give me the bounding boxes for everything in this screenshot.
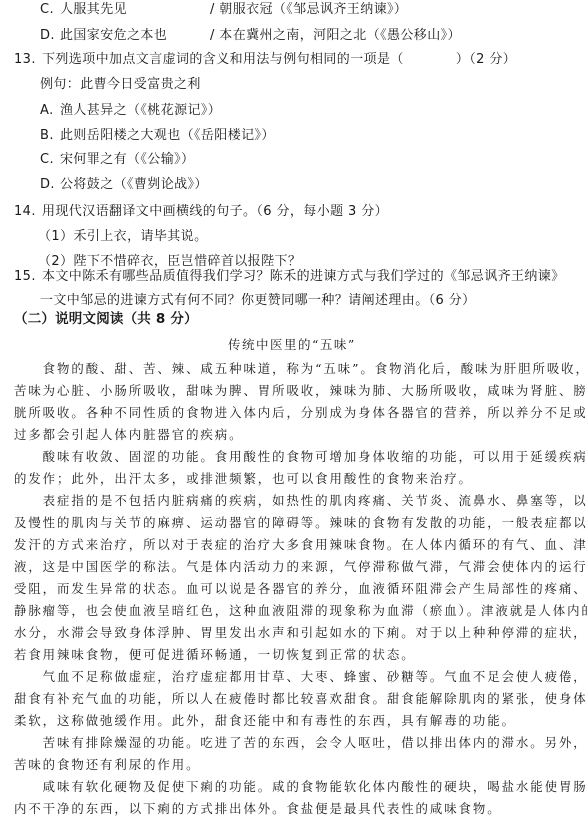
q13-option-c: C.宋何罪之有（《公输》） bbox=[40, 151, 194, 169]
q15-line-1: 15.本文中陈禾有哪些品质值得我们学习？陈禾的进谏方式与我们学过的《邹忌讽齐王纳… bbox=[14, 268, 565, 286]
article-line: 若食用辣味食物，便可促进循环畅通，一切恢复到正常的状态。 bbox=[14, 646, 416, 664]
q12-option-d: D.此国家安危之本也/ 本在冀州之南，河阳之北（《愚公移山》） bbox=[40, 27, 461, 45]
question-number: 15. bbox=[14, 268, 42, 286]
option-label: B. bbox=[40, 127, 60, 145]
option-text: 渔人甚异之（《桃花源记》） bbox=[60, 103, 221, 118]
article-line: 酸味有收敛、固涩的功能。食用酸性的食物可增加身体收缩的功能，可以用于延缓疾病 bbox=[14, 448, 587, 466]
question-stem: 本文中陈禾有哪些品质值得我们学习？陈禾的进谏方式与我们学过的《邹忌讽齐王纳谏》 bbox=[42, 269, 565, 284]
article-line: 甜食有补充气血的功能，所以人在疲倦时都比较喜欢甜食。甜食能解除肌肉的紧张，使身体 bbox=[14, 690, 587, 708]
option-text: 宋何罪之有（《公输》） bbox=[60, 152, 194, 167]
article-line: 苦味为心脏、小肠所吸收，甜味为脾、胃所吸收，辣味为肺、大肠所吸收，咸味为肾脏、膀 bbox=[14, 382, 587, 400]
option-label: D. bbox=[40, 176, 60, 194]
q12-option-c: C.人服其先见/ 朝服衣冠（《邹忌讽齐王纳谏》） bbox=[40, 1, 407, 19]
q13-option-d: D.公将鼓之（《曹刿论战》） bbox=[40, 176, 208, 194]
article-line: 过多都会引起人体内脏器官的疾病。 bbox=[14, 426, 243, 444]
article-line: 苦味的食物还有利尿的作用。 bbox=[14, 756, 200, 774]
q13-example: 例句：此曹今日受富贵之利 bbox=[40, 76, 201, 94]
question-stem: 用现代汉语翻译文中画横线的句子。（6 分，每小题 3 分） bbox=[42, 204, 388, 219]
question-stem: 下列选项中加点文言虚词的含义和用法与例句相同的一项是（ bbox=[42, 52, 404, 67]
question-score: ）（2 分） bbox=[456, 52, 516, 67]
q13-option-a: A.渔人甚异之（《桃花源记》） bbox=[40, 102, 221, 120]
question-number: 14. bbox=[14, 203, 42, 221]
section-heading: （二）说明文阅读（共 8 分） bbox=[14, 310, 198, 328]
q15-line-2: 一文中邹忌的进谏方式有何不同？你更赞同哪一种？请阐述理由。（6 分） bbox=[40, 292, 476, 310]
article-line: 内不干净的东西，以下痢的方式排出体外。食盐便是最具代表性的咸味食物。 bbox=[14, 800, 502, 818]
exam-page: C.人服其先见/ 朝服衣冠（《邹忌讽齐王纳谏》） D.此国家安危之本也/ 本在冀… bbox=[0, 0, 587, 824]
option-right-text: / 朝服衣冠（《邹忌讽齐王纳谏》） bbox=[210, 2, 407, 17]
article-line: 受阻，而发生异常的状态。血可以说是各器官的养分，血液循环阻滞会产生局部性的疼痛、 bbox=[14, 580, 587, 598]
article-line: 表症指的是不包括内脏病痛的疾病，如热性的肌肉疼痛、关节炎、流鼻水、鼻塞等，以 bbox=[14, 492, 587, 510]
q14-stem: 14.用现代汉语翻译文中画横线的句子。（6 分，每小题 3 分） bbox=[14, 203, 388, 221]
article-line: 发汗的方式来治疗，所以对于表症的治疗大多食用辣味食物。在人体内循环的有气、血、津 bbox=[14, 536, 587, 554]
article-line: 柔软，这称做弛缓作用。此外，甜食还能中和有毒性的东西，具有解毒的功能。 bbox=[14, 712, 516, 730]
q14-item-1: （1）禾引上衣，请毕其说。 bbox=[38, 228, 207, 246]
option-text: 此则岳阳楼之大观也（《岳阳楼记》） bbox=[60, 128, 275, 143]
article-line: 胱所吸收。各种不同性质的食物进入体内后，分别成为身体各器官的营养，所以养分不足或 bbox=[14, 404, 587, 422]
question-number: 13. bbox=[14, 51, 42, 69]
article-line: 及慢性的肌肉与关节的麻痹、运动器官的障碍等。辣味的食物有发散的功能，一般表症都以 bbox=[14, 514, 587, 532]
article-line: 食物的酸、甜、苦、辣、咸五种味道，称为“五味”。食物消化后，酸味为肝胆所吸收， bbox=[14, 360, 587, 378]
article-line: 静脉瘤等，也会使血液呈暗红色，这种血液阻滞的现象称为血滞（瘀血）。津液就是人体内… bbox=[14, 602, 587, 620]
q13-stem: 13.下列选项中加点文言虚词的含义和用法与例句相同的一项是（）（2 分） bbox=[14, 51, 516, 69]
option-right-text: / 本在冀州之南，河阳之北（《愚公移山》） bbox=[210, 28, 461, 43]
option-left-text: 人服其先见 bbox=[60, 1, 210, 19]
option-label: D. bbox=[40, 27, 60, 45]
article-title: 传统中医里的“五味” bbox=[228, 336, 356, 354]
q13-option-b: B.此则岳阳楼之大观也（《岳阳楼记》） bbox=[40, 127, 275, 145]
article-line: 水分，水滞会导致身体浮肿、胃里发出水声和引起如水的下痢。对于以上种种停滞的症状， bbox=[14, 624, 587, 642]
option-text: 公将鼓之（《曹刿论战》） bbox=[60, 177, 208, 192]
option-label: A. bbox=[40, 102, 60, 120]
article-line: 的发作；此外，出汗太多，或排泄频繁，也可以食用酸性的食物来治疗。 bbox=[14, 470, 473, 488]
article-line: 苦味有排除燥湿的功能。吃进了苦的东西，会令人呕吐，借以排出体内的滞水。另外， bbox=[14, 734, 587, 752]
option-label: C. bbox=[40, 151, 60, 169]
option-left-text: 此国家安危之本也 bbox=[60, 27, 210, 45]
article-line: 咸味有软化硬物及促使下痢的功能。咸的食物能软化体内酸性的硬块，喝盐水能使胃肠 bbox=[14, 778, 587, 796]
option-label: C. bbox=[40, 1, 60, 19]
article-line: 液，这是中国医学的称法。气是体内活动力的来源，气停滞称做气滞，气滞会使体内的运行 bbox=[14, 558, 587, 576]
article-line: 气血不足称做虚症，治疗虚症都用甘草、大枣、蜂蜜、砂糖等。气血不足会使人疲倦， bbox=[14, 668, 587, 686]
